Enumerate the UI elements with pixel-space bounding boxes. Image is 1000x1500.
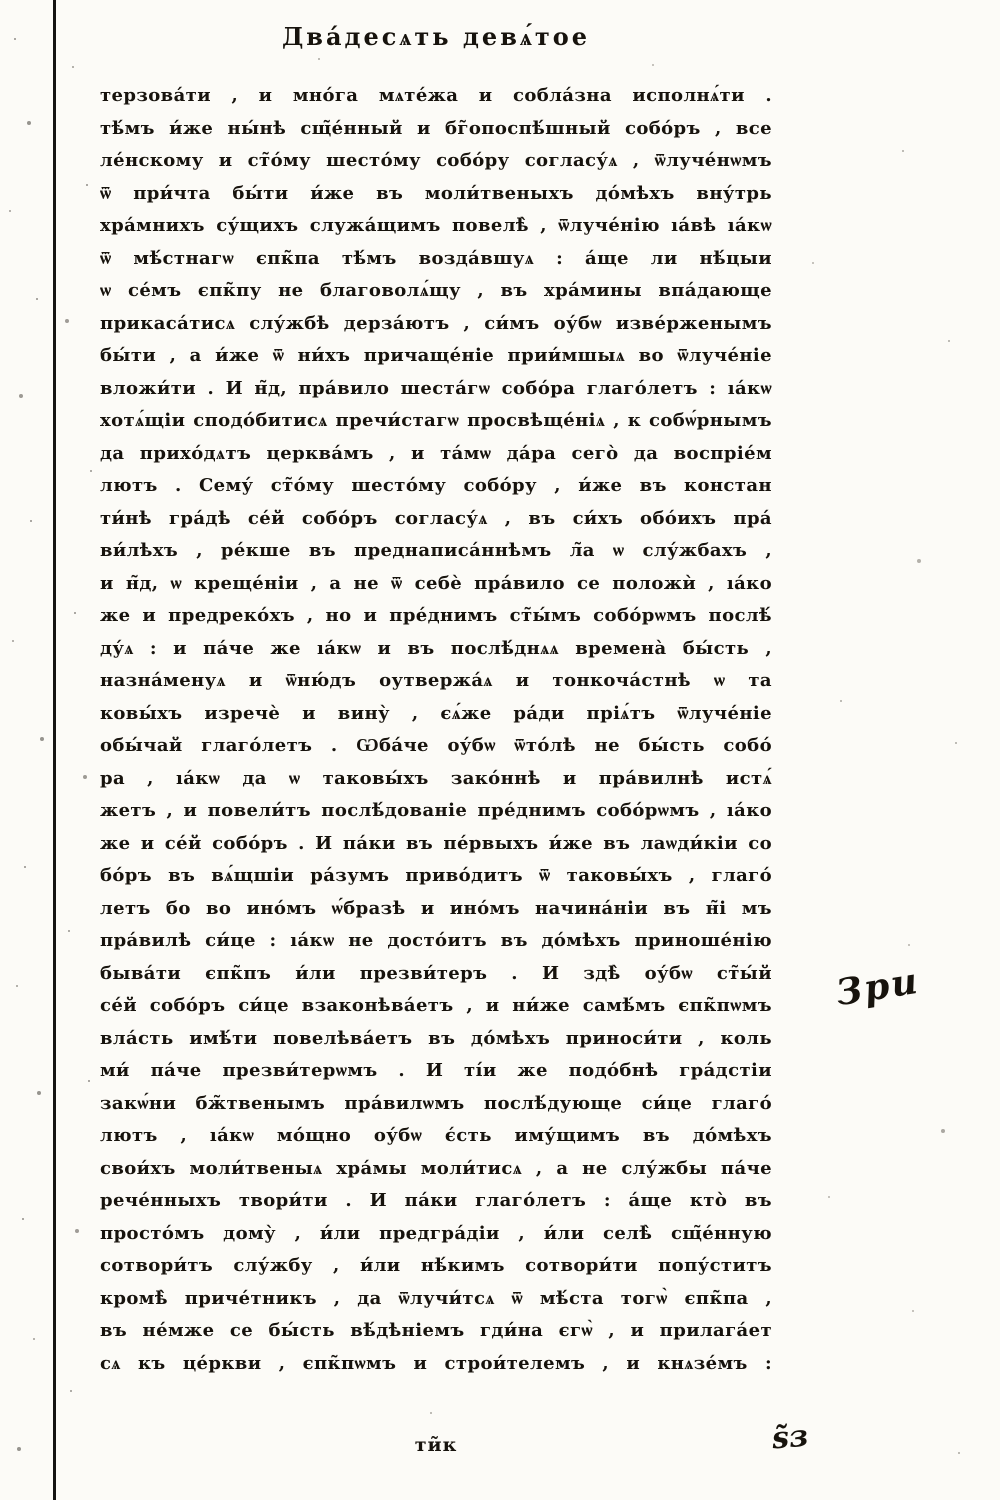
text-line: же и се́й собо́ръ . И па́ки въ пе́рвыхъ … [100, 828, 772, 861]
text-line: ти́нѣ гра́дѣ се́й собо́ръ согласу́ѧ , въ… [100, 503, 772, 536]
text-line: лютъ . Сему́ ст̃о́му шесто́му собо́ру , … [100, 470, 772, 503]
text-line: въ не́мже се бы́сть вѣ́дѣніемъ гди́на єг… [100, 1315, 772, 1348]
text-line: хра́мнихъ су́щихъ служа́щимъ повелѣ̀ , ѿ… [100, 210, 772, 243]
text-line: просто́мъ дому̀ , и́ли предгра́діи , и́л… [100, 1218, 772, 1251]
text-line: назна́менуѧ и ѿню́дъ оутвержа́ѧ и тонкоч… [100, 665, 772, 698]
quire-signature: ти̃к [100, 1434, 772, 1456]
text-line: ду́ѧ : и па́че же ıа́кѡ и въ послѣ́днѧѧ … [100, 633, 772, 666]
text-line: свои́хъ моли́твеныѧ хра́мы моли́тисѧ , а… [100, 1153, 772, 1186]
text-line: бы́ти , а и́же ѿ ни́хъ причаще́ніе прии́… [100, 340, 772, 373]
text-line: хотѧ́щіи сподо́битисѧ пречи́стагѡ просвѣ… [100, 405, 772, 438]
text-line: летъ бо во ино́мъ ѡ́бразѣ и ино́мъ начин… [100, 893, 772, 926]
handwritten-folio-mark: ѕ̃з [771, 1418, 810, 1456]
text-line: вла́сть имѣ́ти повелѣва́етъ въ до́мѣхъ п… [100, 1023, 772, 1056]
text-line: се́й собо́ръ си́це взаконѣва́етъ , и ни́… [100, 990, 772, 1023]
text-line: закѡ́ни бж̃твенымъ пра́вилѡмъ послѣ́дующ… [100, 1088, 772, 1121]
text-line: прикаса́тисѧ слу́жбѣ дерза́ютъ , си́мъ о… [100, 308, 772, 341]
binding-fold-line [53, 0, 56, 1500]
text-line: пра́вилѣ си́це : ıа́кѡ не досто́итъ въ д… [100, 925, 772, 958]
text-line: сотвори́тъ слу́жбу , и́ли нѣ́кимъ сотвор… [100, 1250, 772, 1283]
text-line: ми́ па́че презви́терѡмъ . И ті́и же подо… [100, 1055, 772, 1088]
text-line: ви́лѣхъ , ре́кше въ преднаписа́ннѣмъ л̃а… [100, 535, 772, 568]
text-line: тѣ́мъ и́же ны́нѣ сщ̃е́нный и бг̃опоспѣ́ш… [100, 113, 772, 146]
text-line: ле́нскому и ст̃о́му шесто́му собо́ру сог… [100, 145, 772, 178]
text-line: ѿ мѣ́стнагѡ єпк̃па тѣ́мъ возда́вшуѧ : а́… [100, 243, 772, 276]
text-line: же и предреко́хъ , но и пре́днимъ ст̃ы́м… [100, 600, 772, 633]
chapter-heading: Два́десѧть девѧ́тое [100, 22, 772, 52]
scan-noise [0, 0, 2, 2]
text-line: ѿ при́чта бы́ти и́же въ моли́твеныхъ до́… [100, 178, 772, 211]
text-line: лютъ , ıа́кѡ мо́щно оу́бѡ є́сть иму́щимъ… [100, 1120, 772, 1153]
text-line: и н̃д, ѡ креще́ніи , а не ѿ себѐ пра́вил… [100, 568, 772, 601]
text-line: сѧ къ це́ркви , єпк̃пѡмъ и строи́телемъ … [100, 1348, 772, 1381]
text-line: кромѣ̀ приче́тникъ , да ѿлучи́тсѧ ѿ мѣ́с… [100, 1283, 772, 1316]
text-line: терзова́ти , и мно́га мѧте́жа и собла́зн… [100, 80, 772, 113]
text-line: бо́ръ въ вѧ́щшіи ра́зумъ приво́дитъ ѿ та… [100, 860, 772, 893]
text-line: ковы́хъ изречѐ и вину̀ , єѧ́же ра́ди прі… [100, 698, 772, 731]
text-line: ра , ıа́кѡ да ѡ таковы́хъ зако́ннѣ и пра… [100, 763, 772, 796]
margin-note-zri: Зри [833, 960, 922, 1015]
text-line: жетъ , и повели́тъ послѣ́дованіе пре́дни… [100, 795, 772, 828]
text-line: рече́нныхъ твори́ти . И па́ки глаго́летъ… [100, 1185, 772, 1218]
text-line: вложи́ти . И н̃д, пра́вило шеста́гѡ собо… [100, 373, 772, 406]
text-line: быва́ти єпк̃пъ и́ли презви́теръ . И здѣ̀… [100, 958, 772, 991]
text-line: да прихо́дѧтъ церква́мъ , и та́мѡ да́ра … [100, 438, 772, 471]
text-line: обы́чай глаго́летъ . Ѡба́че оу́бѡ ѿто́лѣ… [100, 730, 772, 763]
scanned-page: Два́десѧть девѧ́тое терзова́ти , и мно́г… [0, 0, 1000, 1500]
body-text: терзова́ти , и мно́га мѧте́жа и собла́зн… [100, 80, 772, 1380]
text-line: ѡ се́мъ єпк̃пу не благоволѧ́щу , въ хра́… [100, 275, 772, 308]
